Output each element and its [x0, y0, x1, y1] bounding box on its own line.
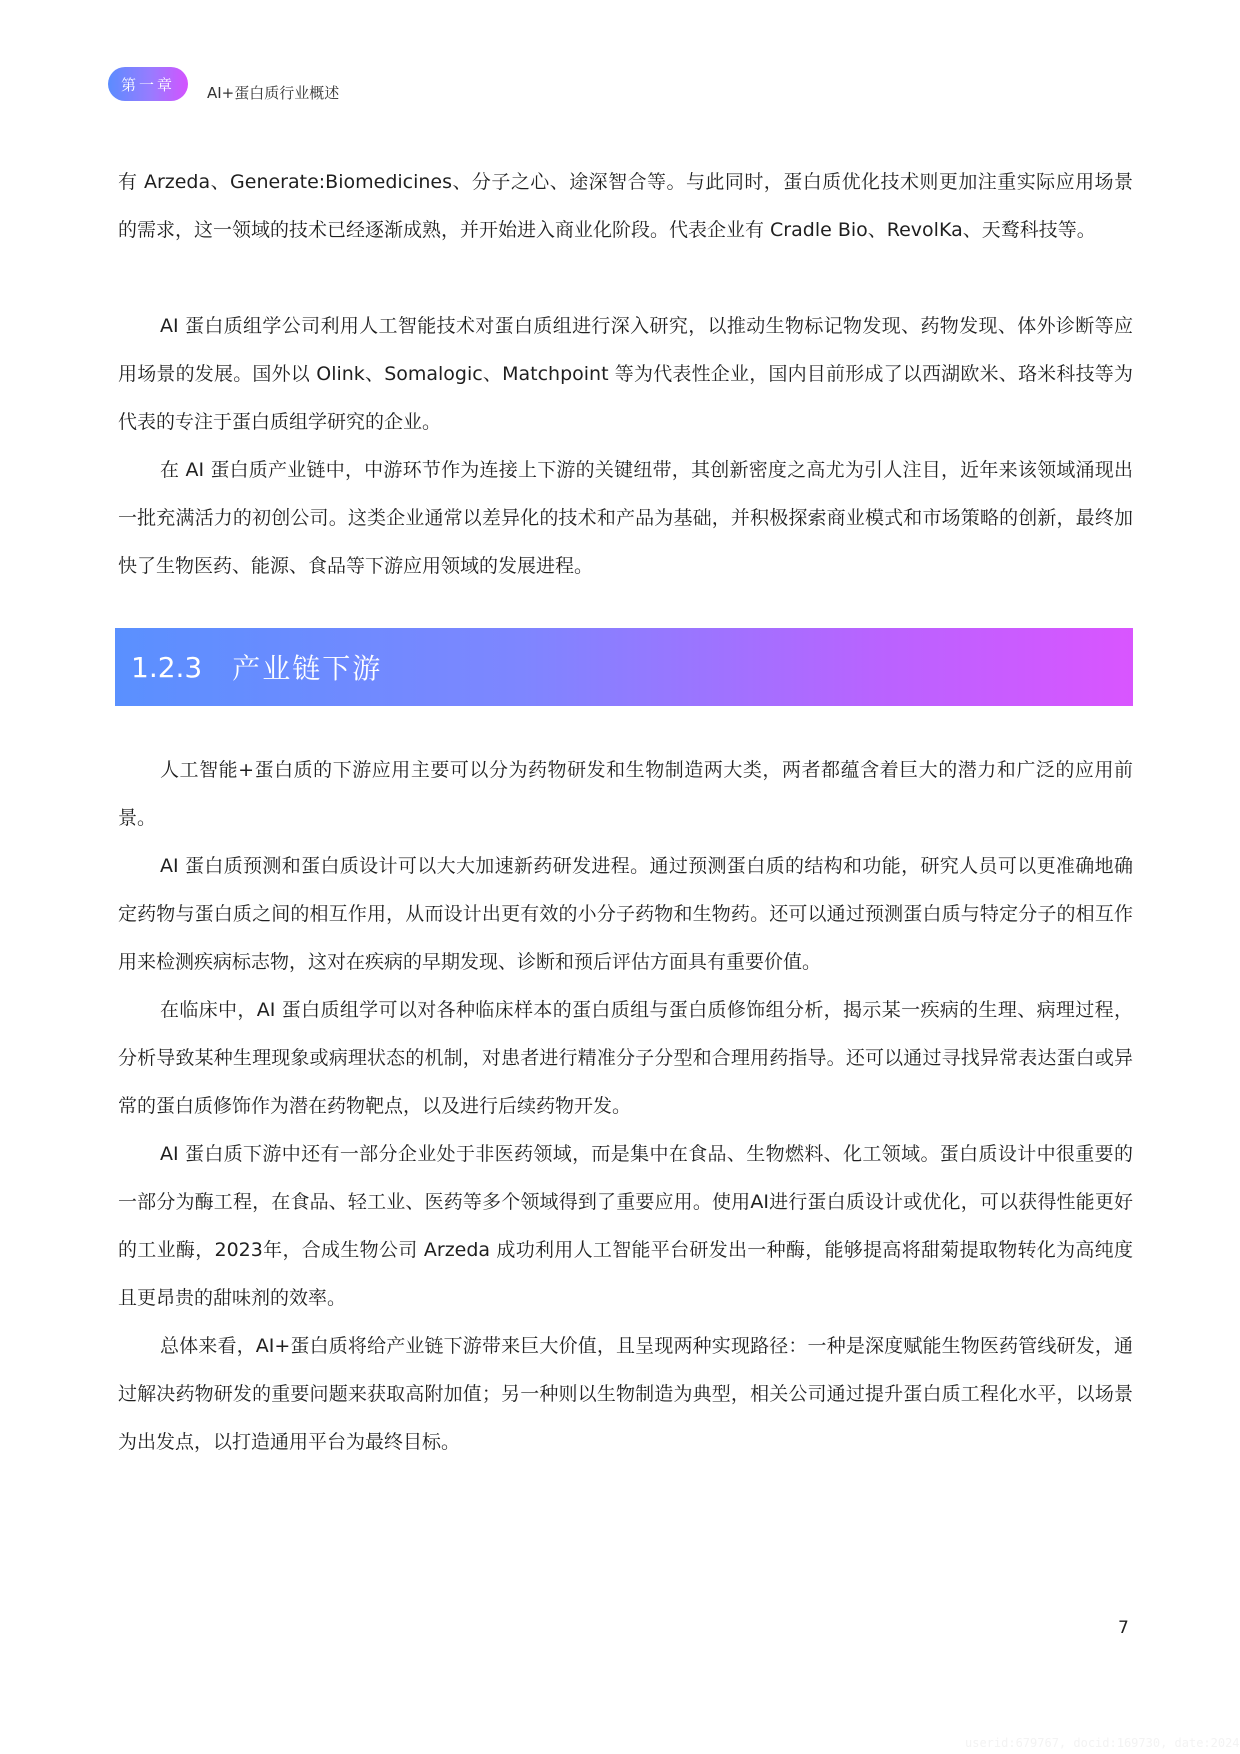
chapter-title: AI+蛋白质行业概述	[207, 82, 339, 103]
section-number: 1.2.3	[131, 651, 202, 684]
section-title: 产业链下游	[232, 647, 382, 687]
section-heading-bar: 1.2.3 产业链下游	[115, 628, 1133, 706]
paragraph-midstream: 在 AI 蛋白质产业链中，中游环节作为连接上下游的关键纽带，其创新密度之高尤为引…	[118, 446, 1133, 590]
paragraph-summary: 总体来看，AI+蛋白质将给产业链下游带来巨大价值，且呈现两种实现路径：一种是深度…	[118, 1322, 1133, 1466]
watermark: userid:679767, docid:169730, date:2024-0…	[965, 1736, 1240, 1750]
paragraph-companies-continued: 有 Arzeda、Generate:Biomedicines、分子之心、途深智合…	[118, 158, 1133, 254]
page-number: 7	[1118, 1618, 1129, 1638]
chapter-badge: 第一章	[108, 67, 188, 101]
paragraph-downstream-intro: 人工智能+蛋白质的下游应用主要可以分为药物研发和生物制造两大类，两者都蕴含着巨大…	[118, 746, 1133, 842]
paragraph-drug-discovery: AI 蛋白质预测和蛋白质设计可以大大加速新药研发进程。通过预测蛋白质的结构和功能…	[118, 842, 1133, 986]
paragraph-clinical: 在临床中，AI 蛋白质组学可以对各种临床样本的蛋白质组与蛋白质修饰组分析，揭示某…	[118, 986, 1133, 1130]
paragraph-proteomics: AI 蛋白质组学公司利用人工智能技术对蛋白质组进行深入研究，以推动生物标记物发现…	[118, 302, 1133, 446]
paragraph-non-pharma: AI 蛋白质下游中还有一部分企业处于非医药领域，而是集中在食品、生物燃料、化工领…	[118, 1130, 1133, 1322]
